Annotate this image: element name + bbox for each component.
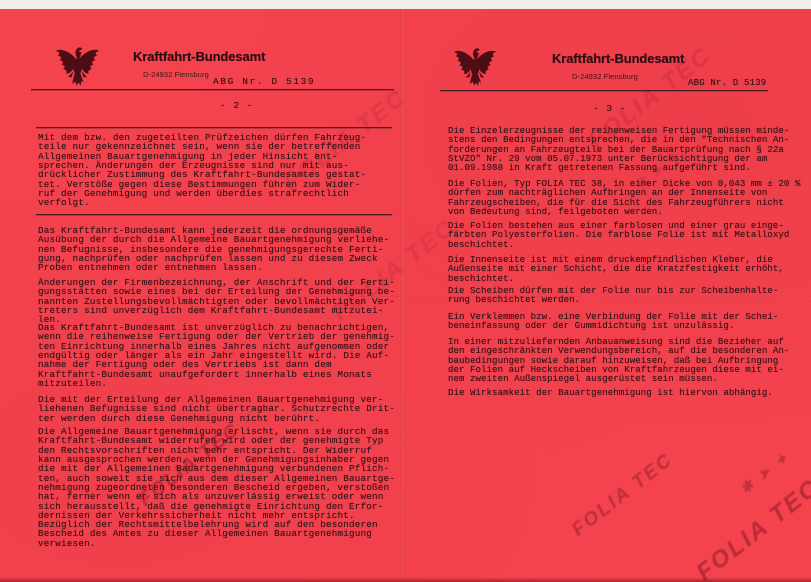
section-rule [36,214,392,215]
paragraph: Ein Verklemmen bzw. eine Verbindung der … [448,312,811,331]
approval-number: ABG Nr. D 5139 [213,76,315,87]
paragraph: Das Kraftfahrt-Bundesamt kann jederzeit … [38,226,400,273]
paragraph: Die Wirksamkeit der Bauartgenehmigung is… [448,388,811,397]
paragraph: Die Folien, Typ FOLIA TEC 38, in einer D… [448,179,811,216]
federal-eagle-icon [55,43,100,95]
paragraph: Bezüglich der Rechtsmittelbelehrung wird… [38,520,400,548]
federal-eagle-icon [453,44,497,95]
agency-address: D-24932 Flensburg [572,72,638,81]
paragraph: Die Folien bestehen aus einer farblosen … [448,221,811,249]
paragraph: Mit dem bzw. den zugeteilten Prüfzeichen… [38,133,400,208]
header-rule [440,90,768,91]
paragraph: Das Kraftfahrt-Bundesamt ist unverzüglic… [38,323,400,388]
header-rule [31,89,394,90]
paragraph: Die Scheiben dürfen mit der Folie nur bi… [448,286,811,305]
approval-number: ABG Nr. D 5139 [688,78,766,88]
scanned-document: FOLIA TEC FOLIA TEC FOLIA TEC FOLIA TEC … [0,0,811,582]
paragraph: Änderungen der Firmenbezeichnung, der An… [38,278,400,325]
agency-address: D-24932 Flensburg [143,70,209,79]
page-number: - 3 - [593,103,627,114]
page-seam [401,9,404,582]
paragraph: Die Innenseite ist mit einem druckempfin… [448,255,811,283]
scan-bottom-edge [0,577,811,582]
paragraph: Die Allgemeine Bauartgenehmigung erlisch… [38,427,400,520]
agency-name: Kraftfahrt-Bundesamt [133,49,265,64]
agency-name: Kraftfahrt-Bundesamt [552,51,684,66]
page-number: - 2 - [220,100,254,111]
section-rule [36,127,392,128]
paragraph: Die Einzelerzeugnisse der reihenweisen F… [448,126,811,173]
paragraph: In einer mitzuliefernden Anbauanweisung … [448,337,811,384]
paragraph: Die mit der Erteilung der Allgemeinen Ba… [38,395,400,423]
